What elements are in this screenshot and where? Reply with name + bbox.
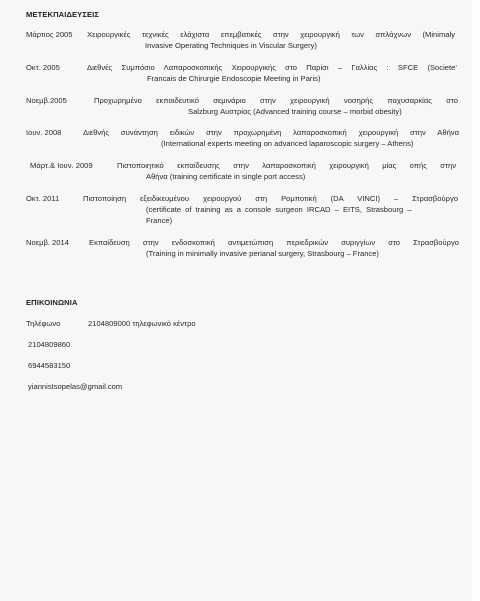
entry-date: Μάρτιος 2005	[26, 30, 73, 40]
scan-edge	[472, 0, 480, 601]
entry-description-line3: France)	[146, 216, 172, 226]
email-address: yiannistsopelas@gmail.com	[28, 382, 122, 391]
phone-secondary: 2104809860	[28, 340, 70, 349]
entry-description-line2: (Training in minimally invasive perianal…	[146, 249, 379, 259]
entry-description-line2: Salzburg Αυστρίας (Advanced training cou…	[188, 107, 402, 117]
training-heading: ΜΕΤΕΚΠΑΙΔΕΥΣΕΙΣ	[26, 10, 99, 19]
entry-description-line1: Χειρουργικές τεχνικές ελάχιστα επεμβατικ…	[87, 30, 455, 40]
entry-description-line1: Διεθνής συνάντηση ειδικών στην προχωρημέ…	[83, 128, 459, 138]
entry-description-line2: Invasive Operating Techniques in Viscula…	[145, 41, 317, 51]
phone-label: Τηλέφωνο	[26, 319, 60, 328]
mobile-phone: 6944583150	[28, 361, 70, 370]
entry-date: Νοεμβ. 2014	[26, 238, 69, 248]
entry-date: Ιουν. 2008	[26, 128, 61, 138]
entry-description-line2: (certificate of training as a console su…	[146, 205, 412, 215]
entry-description-line1: Διεθνές Συμπόσιο Λαπαροσκοπικής Χειρουργ…	[87, 63, 457, 73]
entry-description-line1: Πιστοποίηση εξειδικευμένου χειρουργού στ…	[83, 194, 458, 204]
entry-description-line1: Πιστοποιητικό εκπαίδευσης στην λαπαροσκο…	[117, 161, 456, 171]
entry-date: Οκτ. 2011	[26, 194, 59, 204]
entry-description-line2: Αθήνα (training certificate in single po…	[146, 172, 305, 182]
contact-heading: ΕΠΙΚΟΙΝΩΝΙΑ	[26, 298, 78, 307]
entry-date: Νοεμβ.2005	[26, 96, 67, 106]
phone-main: 2104809000 τηλεφωνικό κέντρο	[88, 319, 196, 328]
entry-description-line2: (International experts meeting on advanc…	[161, 139, 413, 149]
entry-date: Μάρτ.& Ιουν. 2009	[30, 161, 93, 171]
entry-description-line1: Προχωρημένο εκπαιδευτικό σεμινάριο στην …	[94, 96, 458, 106]
entry-description-line2: Francais de Chirurgie Endoscopie Meeting…	[147, 74, 320, 84]
entry-description-line1: Εκπαίδευση στην ενδοσκοπική αντιμετώπιση…	[89, 238, 459, 248]
entry-date: Οκτ. 2005	[26, 63, 60, 73]
